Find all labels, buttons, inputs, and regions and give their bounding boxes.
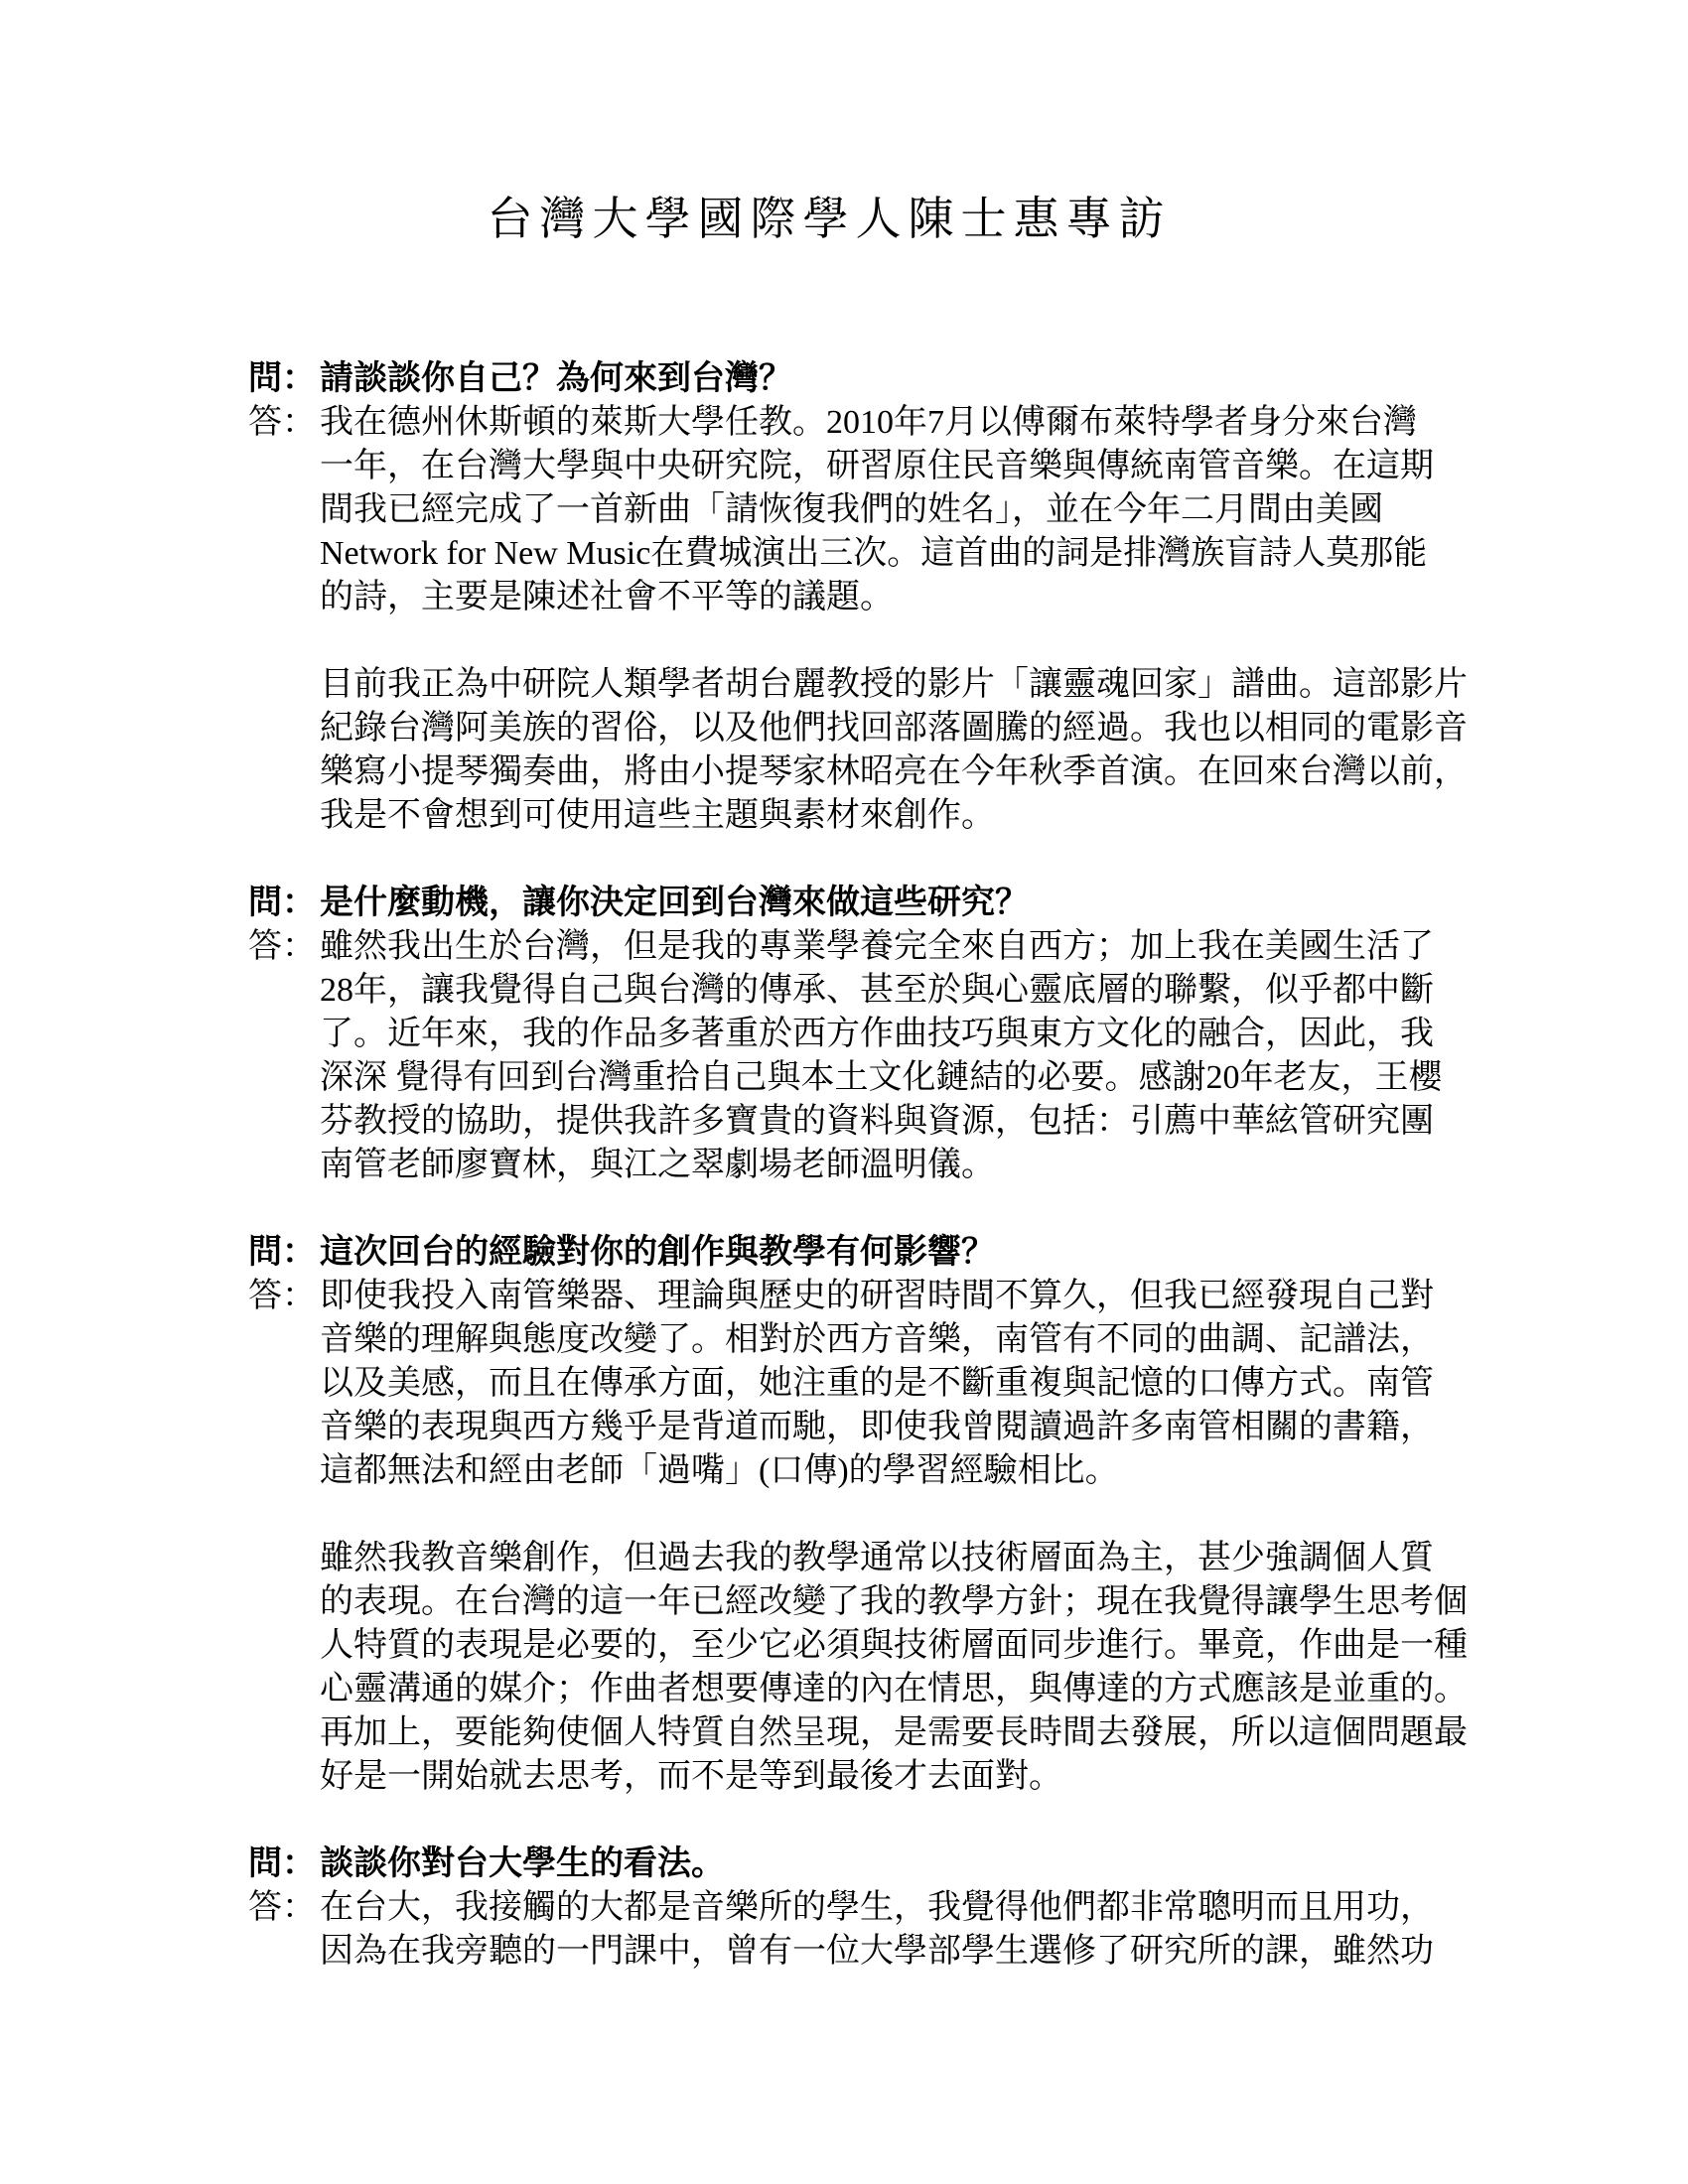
paragraph-line: 目前我正為中研院人類學者胡台麗教授的影片「讓靈魂回家」譜曲。這部影片 <box>248 663 1499 707</box>
answer-line: 深深 覺得有回到台灣重拾自己與本土文化鏈結的必要。感謝20年老友，王櫻 <box>248 1056 1499 1100</box>
question-text: 是什麼動機，讓你決定回到台灣來做這些研究？ <box>320 885 1029 921</box>
answer-3: 答：即使我投入南管樂器、理論與歷史的研習時間不算久，但我已經發現自己對 音樂的理… <box>248 1275 1499 1493</box>
answer-line: 芬教授的協助，提供我許多寶貴的資料與資源，包括：引薦中華絃管研究團 <box>248 1100 1499 1144</box>
question-text: 請談談你自己？為何來到台灣？ <box>320 360 792 397</box>
blank-line <box>248 1493 1499 1537</box>
question-label: 問： <box>248 1231 320 1275</box>
question-4: 問：談談你對台大學生的看法。 <box>248 1843 1499 1886</box>
answer-1-paragraph-2: 目前我正為中研院人類學者胡台麗教授的影片「讓靈魂回家」譜曲。這部影片 紀錄台灣阿… <box>248 663 1499 838</box>
blank-line <box>248 838 1499 882</box>
answer-label: 答： <box>248 925 320 969</box>
answer-text: 雖然我出生於台灣，但是我的專業學養完全來自西方；加上我在美國生活了 <box>320 928 1434 965</box>
answer-line: 答：在台大，我接觸的大都是音樂所的學生，我覺得他們都非常聰明而且用功， <box>248 1886 1499 1930</box>
answer-text: 我在德州休斯頓的萊斯大學任教。2010年7月以傅爾布萊特學者身分來台灣 <box>320 404 1417 441</box>
answer-line: 南管老師廖寶林，與江之翠劇場老師溫明儀。 <box>248 1144 1499 1187</box>
document-title: 台灣大學國際學人陳士惠專訪 <box>0 191 1658 248</box>
question-text: 這次回台的經驗對你的創作與教學有何影響？ <box>320 1234 995 1271</box>
blank-line <box>248 619 1499 663</box>
answer-line: 間我已經完成了一首新曲「請恢復我們的姓名」，並在今年二月間由美國 <box>248 488 1499 532</box>
answer-text: 在台大，我接觸的大都是音樂所的學生，我覺得他們都非常聰明而且用功， <box>320 1889 1434 1926</box>
answer-line: 的詩，主要是陳述社會不平等的議題。 <box>248 576 1499 619</box>
paragraph-line: 再加上，要能夠使個人特質自然呈現，是需要長時間去發展，所以這個問題最 <box>248 1711 1499 1755</box>
question-1: 問：請談談你自己？為何來到台灣？ <box>248 357 1499 401</box>
answer-line: 音樂的理解與態度改變了。相對於西方音樂，南管有不同的曲調、記譜法， <box>248 1318 1499 1362</box>
answer-label: 答： <box>248 1275 320 1318</box>
answer-line: Network for New Music在費城演出三次。這首曲的詞是排灣族盲詩… <box>248 532 1499 576</box>
blank-line <box>248 1799 1499 1843</box>
answer-line: 音樂的表現與西方幾乎是背道而馳，即使我曾閱讀過許多南管相關的書籍， <box>248 1406 1499 1449</box>
paragraph-line: 樂寫小提琴獨奏曲，將由小提琴家林昭亮在今年秋季首演。在回來台灣以前， <box>248 751 1499 794</box>
answer-3-paragraph-2: 雖然我教音樂創作，但過去我的教學通常以技術層面為主，甚少強調個人質 的表現。在台… <box>248 1537 1499 1799</box>
answer-line: 答：雖然我出生於台灣，但是我的專業學養完全來自西方；加上我在美國生活了 <box>248 925 1499 969</box>
answer-label: 答： <box>248 401 320 445</box>
answer-line: 28年，讓我覺得自己與台灣的傳承、甚至於與心靈底層的聯繫，似乎都中斷 <box>248 969 1499 1013</box>
answer-line: 答：即使我投入南管樂器、理論與歷史的研習時間不算久，但我已經發現自己對 <box>248 1275 1499 1318</box>
question-label: 問： <box>248 357 320 401</box>
question-label: 問： <box>248 1843 320 1886</box>
question-label: 問： <box>248 882 320 925</box>
paragraph-line: 我是不會想到可使用這些主題與素材來創作。 <box>248 794 1499 838</box>
question-3: 問：這次回台的經驗對你的創作與教學有何影響？ <box>248 1231 1499 1275</box>
paragraph-line: 心靈溝通的媒介；作曲者想要傳達的內在情思，與傳達的方式應該是並重的。 <box>248 1668 1499 1711</box>
document-body: 問：請談談你自己？為何來到台灣？ 答：我在德州休斯頓的萊斯大學任教。2010年7… <box>248 357 1499 1974</box>
answer-line: 答：我在德州休斯頓的萊斯大學任教。2010年7月以傅爾布萊特學者身分來台灣 <box>248 401 1499 445</box>
answer-line: 以及美感，而且在傳承方面，她注重的是不斷重複與記憶的口傳方式。南管 <box>248 1362 1499 1406</box>
question-text: 談談你對台大學生的看法。 <box>320 1845 725 1882</box>
paragraph-line: 雖然我教音樂創作，但過去我的教學通常以技術層面為主，甚少強調個人質 <box>248 1537 1499 1580</box>
paragraph-line: 的表現。在台灣的這一年已經改變了我的教學方針；現在我覺得讓學生思考個 <box>248 1580 1499 1624</box>
answer-line: 了。近年來，我的作品多著重於西方作曲技巧與東方文化的融合，因此，我 <box>248 1013 1499 1056</box>
answer-text: 即使我投入南管樂器、理論與歷史的研習時間不算久，但我已經發現自己對 <box>320 1278 1434 1314</box>
answer-label: 答： <box>248 1886 320 1930</box>
answer-line: 一年，在台灣大學與中央研究院，研習原住民音樂與傳統南管音樂。在這期 <box>248 445 1499 488</box>
paragraph-line: 人特質的表現是必要的，至少它必須與技術層面同步進行。畢竟，作曲是一種 <box>248 1624 1499 1668</box>
answer-1: 答：我在德州休斯頓的萊斯大學任教。2010年7月以傅爾布萊特學者身分來台灣 一年… <box>248 401 1499 619</box>
answer-4: 答：在台大，我接觸的大都是音樂所的學生，我覺得他們都非常聰明而且用功， 因為在我… <box>248 1886 1499 1974</box>
answer-2: 答：雖然我出生於台灣，但是我的專業學養完全來自西方；加上我在美國生活了 28年，… <box>248 925 1499 1187</box>
answer-line: 因為在我旁聽的一門課中，曾有一位大學部學生選修了研究所的課，雖然功 <box>248 1930 1499 1974</box>
answer-line: 這都無法和經由老師「過嘴」(口傳)的學習經驗相比。 <box>248 1449 1499 1493</box>
document-page: 台灣大學國際學人陳士惠專訪 問：請談談你自己？為何來到台灣？ 答：我在德州休斯頓… <box>0 0 1688 2184</box>
blank-line <box>248 1187 1499 1231</box>
paragraph-line: 好是一開始就去思考，而不是等到最後才去面對。 <box>248 1755 1499 1799</box>
paragraph-line: 紀錄台灣阿美族的習俗，以及他們找回部落圖騰的經過。我也以相同的電影音 <box>248 707 1499 751</box>
question-2: 問：是什麼動機，讓你決定回到台灣來做這些研究？ <box>248 882 1499 925</box>
